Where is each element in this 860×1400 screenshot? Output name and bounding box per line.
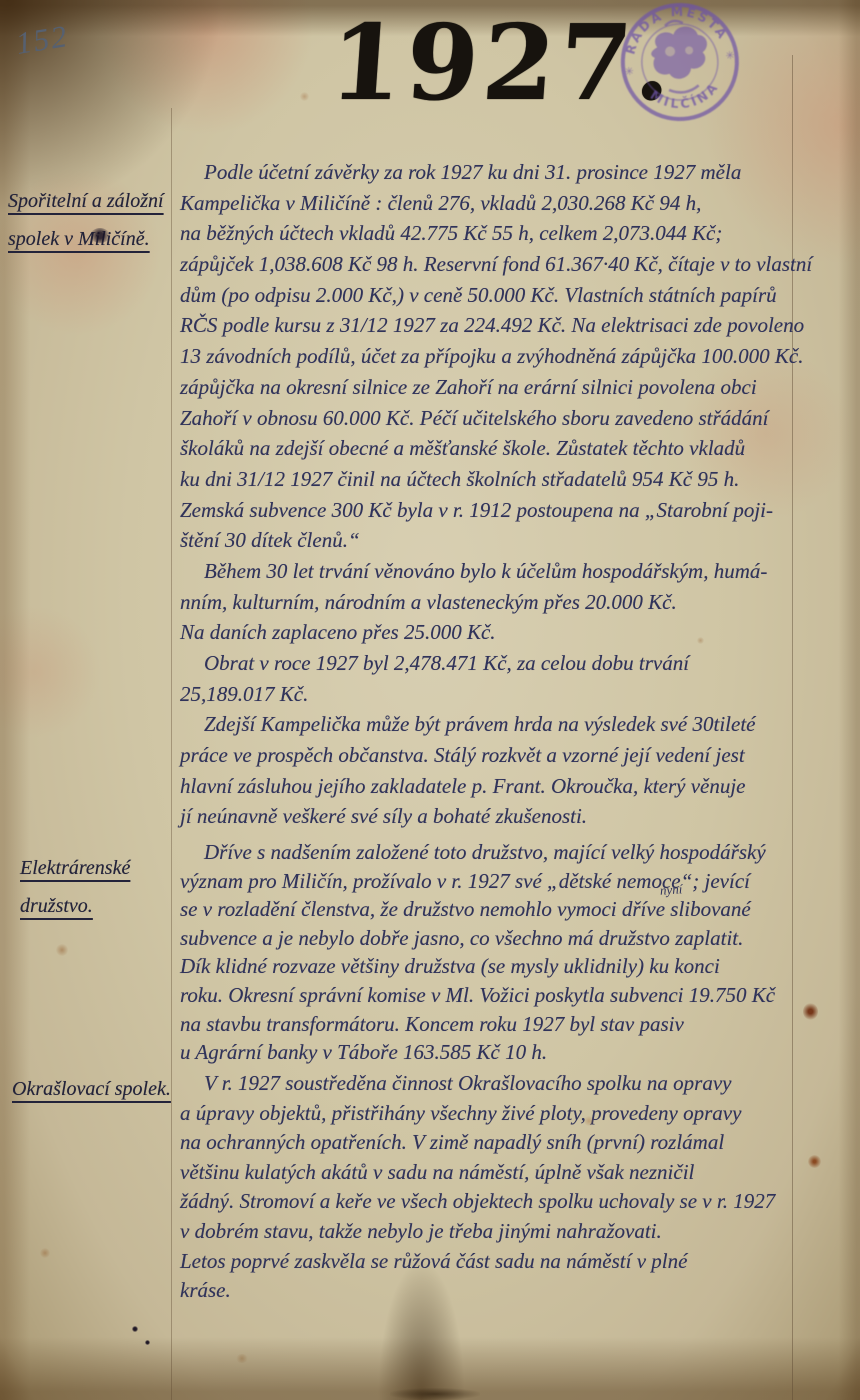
manuscript-line: Dříve s nadšením založené toto družstvo,…: [180, 840, 830, 869]
stain-spot: [40, 1248, 50, 1258]
manuscript-line: Letos poprvé zaskvěla se růžová část sad…: [180, 1249, 830, 1279]
ink-speck: [145, 1340, 150, 1345]
manuscript-line: hlavní zásluhou jejího zakladatele p. Fr…: [180, 774, 830, 805]
manuscript-line: školáků na zdejší obecné a měšťanské ško…: [180, 436, 830, 467]
stain-spot: [300, 92, 309, 101]
margin-heading-sporitelni-spolek: Spořitelní a záložní spolek v Miličíně.: [8, 182, 172, 258]
town-council-stamp-icon: RADA MĚSTA MILČÍNA ✳ ✳: [603, 0, 757, 136]
stain-spot: [236, 1354, 248, 1363]
manuscript-line: 13 závodních podílů, účet za přípojku a …: [180, 344, 830, 375]
stain-spot: [56, 944, 68, 956]
manuscript-line: a úpravy objektů, přistřihány všechny ži…: [180, 1101, 830, 1131]
margin-heading-label: Spořitelní a záložní spolek v Miličíně.: [8, 190, 164, 250]
manuscript-line: kráse.: [180, 1278, 830, 1308]
section-okraslovaci-spolek: V r. 1927 soustředěna činnost Okrašlovac…: [180, 1071, 830, 1308]
manuscript-line: zápůjčka na okresní silnice ze Zahoří na…: [180, 375, 830, 406]
manuscript-line: Obrat v roce 1927 byl 2,478.471 Kč, za c…: [180, 651, 830, 682]
manuscript-line: roku. Okresní správní komise v Ml. Vožic…: [180, 983, 830, 1012]
edge-smudge: [390, 1388, 480, 1400]
ink-speck: [132, 1326, 138, 1332]
manuscript-line: 25,189.017 Kč.: [180, 682, 830, 713]
manuscript-line: Zemská subvence 300 Kč byla v r. 1912 po…: [180, 498, 830, 529]
section-elektrarenske-druzstvo: Dříve s nadšením založené toto družstvo,…: [180, 840, 830, 1069]
manuscript-line: Během 30 let trvání věnováno bylo k účel…: [180, 559, 830, 590]
manuscript-line: V r. 1927 soustředěna činnost Okrašlovac…: [180, 1071, 830, 1101]
manuscript-line: štění 30 dítek členů.“: [180, 528, 830, 559]
stamp-right-star-icon: ✳: [725, 49, 736, 62]
manuscript-page: 152 1927. RADA MĚSTA MILČÍNA ✳ ✳ Spořite…: [0, 0, 860, 1400]
manuscript-line: Zdejší Kampelička může být právem hrda n…: [180, 712, 830, 743]
section-sporitelni-spolek: Podle účetní závěrky za rok 1927 ku dni …: [180, 160, 830, 835]
stamp-coat-of-arms-icon: [647, 16, 714, 96]
manuscript-line: se v rozladění členstva, že družstvo nem…: [180, 897, 830, 926]
margin-heading-label: Elektrárenské družstvo.: [20, 857, 130, 917]
manuscript-line: Podle účetní závěrky za rok 1927 ku dni …: [180, 160, 830, 191]
margin-rule-line: [171, 108, 172, 1400]
manuscript-line: na běžných účtech vkladů 42.775 Kč 55 h,…: [180, 221, 830, 252]
manuscript-line: RČS podle kursu z 31/12 1927 za 224.492 …: [180, 313, 830, 344]
manuscript-line: dům (po odpisu 2.000 Kč,) v ceně 50.000 …: [180, 283, 830, 314]
manuscript-line: na stavbu transformátoru. Koncem roku 19…: [180, 1012, 830, 1041]
manuscript-line: u Agrární banky v Táboře 163.585 Kč 10 h…: [180, 1040, 830, 1069]
stamp-left-star-icon: ✳: [624, 65, 635, 78]
manuscript-line: význam pro Miličín, prožívalo v r. 1927 …: [180, 869, 830, 898]
manuscript-line: zápůjček 1,038.608 Kč 98 h. Reservní fon…: [180, 252, 830, 283]
page-number: 152: [14, 18, 71, 62]
margin-heading-elektrarenske-druzstvo: Elektrárenské družstvo.: [20, 849, 172, 925]
manuscript-line: na ochranných opatřeních. V zimě napadlý…: [180, 1130, 830, 1160]
manuscript-line: Zahoří v obnosu 60.000 Kč. Péčí učitelsk…: [180, 406, 830, 437]
manuscript-line: v dobrém stavu, takže nebylo je třeba ji…: [180, 1219, 830, 1249]
manuscript-line: žádný. Stromoví a keře ve všech objektec…: [180, 1189, 830, 1219]
manuscript-line: práce ve prospěch občanstva. Stálý rozkv…: [180, 743, 830, 774]
manuscript-line: subvence a je nebylo dobře jasno, co vše…: [180, 926, 830, 955]
manuscript-line: nním, kulturním, národním a vlasteneckým…: [180, 590, 830, 621]
manuscript-line: většinu kulatých akátů v sadu na náměstí…: [180, 1160, 830, 1190]
manuscript-line: ku dni 31/12 1927 činil na účtech školní…: [180, 467, 830, 498]
manuscript-line: jí neúnavně veškeré své síly a bohaté zk…: [180, 804, 830, 835]
manuscript-line: Na daních zaplaceno přes 25.000 Kč.: [180, 620, 830, 651]
manuscript-line: Dík klidné rozvaze většiny družstva (se …: [180, 954, 830, 983]
manuscript-line: Kampelička v Miličíně : členů 276, vklad…: [180, 191, 830, 222]
margin-heading-okraslovaci-spolek: Okrašlovací spolek.: [12, 1070, 202, 1108]
inserted-word: nyní: [659, 881, 682, 899]
margin-heading-label: Okrašlovací spolek.: [12, 1078, 171, 1100]
